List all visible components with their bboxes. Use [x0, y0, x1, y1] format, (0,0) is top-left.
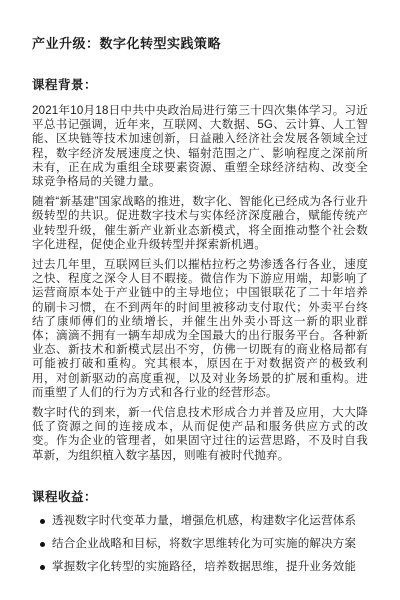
- benefit-text-1: 透视数字时代变革力量，增强危机感，构建数字化运营体系: [52, 514, 356, 528]
- background-paragraph-4: 数字时代的到来，新一代信息技术形成合力并普及应用，大大降低了资源之间的连接成本，…: [32, 406, 368, 463]
- bullet-icon: [40, 542, 45, 547]
- document-page: 产业升级：数字化转型实践策略 课程背景： 2021年10月18日中共中央政治局进…: [0, 0, 400, 600]
- background-paragraph-1: 2021年10月18日中共中央政治局进行第三十四次集体学习。习近平总书记强调，近…: [32, 104, 368, 189]
- benefit-text-2: 结合企业战略和目标，将数字思维转化为可实施的解决方案: [52, 537, 356, 551]
- document-title: 产业升级：数字化转型实践策略: [32, 37, 368, 51]
- section-heading-course-benefits: 课程收益：: [32, 490, 368, 504]
- section-heading-course-background: 课程背景：: [32, 78, 368, 92]
- benefits-list: 透视数字时代变革力量，增强危机感，构建数字化运营体系 结合企业战略和目标，将数字…: [32, 514, 368, 575]
- bullet-icon: [40, 565, 45, 570]
- background-paragraph-3: 过去几年里，互联网巨头们以摧枯拉朽之势渗透各行各业，速度之快、程度之深令人目不暇…: [32, 258, 368, 400]
- list-item: 透视数字时代变革力量，增强危机感，构建数字化运营体系: [32, 514, 368, 528]
- list-item: 掌握数字化转型的实施路径，培养数据思维，提升业务效能: [32, 560, 368, 574]
- benefit-text-3: 掌握数字化转型的实施路径，培养数据思维，提升业务效能: [52, 560, 356, 574]
- background-paragraph-2: 随着“新基建”国家战略的推进，数字化、智能化已经成为各行业升级转型的共识。促进数…: [32, 195, 368, 252]
- bullet-icon: [40, 519, 45, 524]
- list-item: 结合企业战略和目标，将数字思维转化为可实施的解决方案: [32, 537, 368, 551]
